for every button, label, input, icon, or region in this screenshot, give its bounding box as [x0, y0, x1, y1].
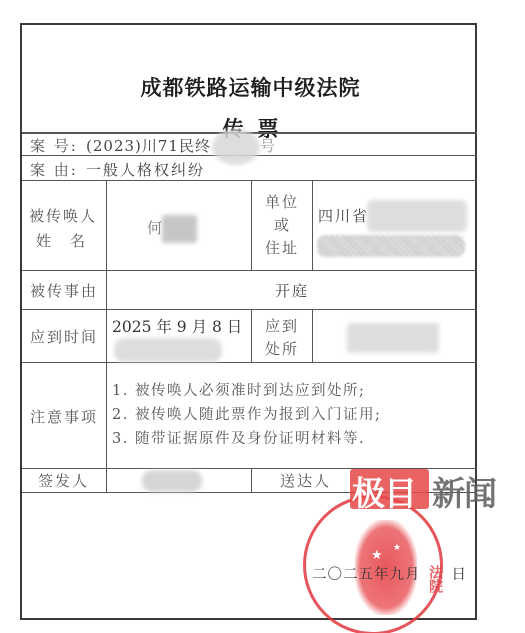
star-icon: ★ [393, 543, 401, 553]
court-name: 成都铁路运输中级法院 [22, 72, 479, 102]
summoned-label-line1: 被传唤人 [29, 205, 97, 226]
note-item: 1. 被传唤人必须准时到达应到处所; [112, 379, 381, 403]
watermark-brand-gray: 新闻 [432, 468, 496, 515]
case-number-value: (2023)川71民终 [86, 135, 211, 156]
time-label: 应到时间 [30, 326, 98, 347]
redacted-address-line1 [367, 200, 467, 232]
reason-value: 开庭 [275, 280, 309, 301]
redacted-issuer [142, 470, 202, 492]
address-value: 四川省 [318, 205, 369, 226]
reason-label: 被传事由 [30, 280, 98, 301]
redacted-summoned-name [162, 215, 197, 243]
notes-list: 1. 被传唤人必须准时到达应到处所; 2. 被传唤人随此票作为报到入门证用; 3… [112, 379, 381, 451]
issue-date: 二〇二五年九月 日 [312, 563, 467, 584]
col-divider-mid [251, 180, 252, 270]
redacted-address-line2 [317, 235, 465, 257]
divider-case-cause [22, 180, 477, 181]
case-cause-label: 案 由: [30, 159, 78, 180]
redacted-time-detail [114, 338, 222, 362]
place-label-line2: 处所 [265, 338, 299, 359]
summoned-name: 何 [147, 217, 162, 238]
divider-reason [22, 309, 477, 310]
time-value: 2025 年 9 月 8 日 [112, 315, 242, 337]
summons-document: 成都铁路运输中级法院 传票 案 号: (2023)川71民终 号 案 由: 一般… [0, 0, 525, 633]
note-item: 3. 随带证据原件及身份证明材料等. [112, 427, 381, 451]
address-label-line3: 住址 [265, 237, 299, 258]
divider-summoned [22, 270, 477, 271]
divider-time [22, 362, 477, 363]
redacted-case-number [212, 129, 260, 165]
col-divider-label [106, 180, 107, 492]
col-divider-mid-time [251, 309, 252, 362]
notes-label: 注意事项 [30, 406, 98, 427]
col-divider-addr [312, 180, 313, 270]
col-divider-place [312, 309, 313, 362]
issuer-label: 签发人 [38, 470, 89, 491]
summoned-label-line2: 姓 名 [36, 230, 87, 251]
star-icon: ★ [371, 548, 383, 563]
place-label-line1: 应到 [265, 315, 299, 336]
case-number-label: 案 号: [30, 135, 78, 156]
redacted-place [347, 323, 439, 353]
server-label: 送达人 [280, 470, 331, 491]
note-item: 2. 被传唤人随此票作为报到入门证用; [112, 403, 381, 427]
case-number-suffix: 号 [260, 135, 275, 156]
address-label-line2: 或 [274, 214, 291, 235]
case-cause-value: 一般人格权纠纷 [86, 159, 205, 180]
watermark-brand-red: 极目 [352, 468, 416, 515]
col-divider-issuer [251, 468, 252, 492]
address-label-line1: 单位 [265, 191, 299, 212]
